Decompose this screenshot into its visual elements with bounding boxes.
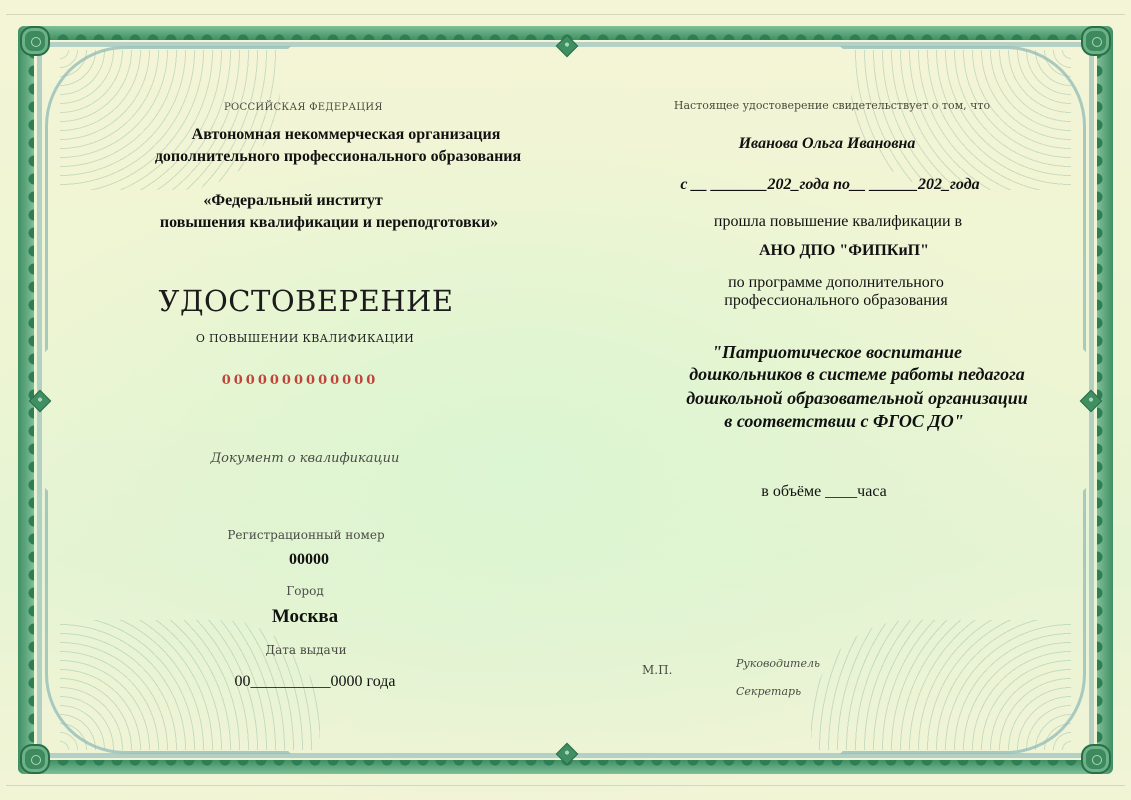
document-type-label: Документ о квалификации — [211, 451, 400, 466]
org-name-line1: Автономная некоммерческая организация — [192, 125, 501, 145]
corner-rosette-icon — [1081, 744, 1111, 774]
holder-name: Иванова Ольга Ивановна — [739, 135, 916, 153]
program-title-line1: "Патриотическое воспитание — [712, 342, 962, 363]
corner-rosette-icon — [20, 26, 50, 56]
program-title-line4: в соответствии с ФГОС ДО" — [724, 411, 963, 432]
issue-date-label: Дата выдачи — [265, 643, 346, 657]
director-signature-label: Руководитель — [736, 657, 820, 670]
corner-rosette-icon — [20, 744, 50, 774]
completed-text: прошла повышение квалификации в — [714, 213, 962, 231]
program-title-line3: дошкольной образовательной организации — [686, 388, 1028, 409]
certifies-text: Настоящее удостоверение свидетельствует … — [674, 99, 990, 112]
institute-name-line1: «Федеральный институт — [203, 191, 382, 211]
org-name-line2: дополнительного профессионального образо… — [155, 147, 521, 167]
guilloche-pattern — [811, 620, 1071, 750]
guilloche-pattern — [851, 50, 1071, 190]
institute-name-line2: повышения квалификации и переподготовки» — [160, 213, 498, 233]
guilloche-pattern — [60, 50, 280, 190]
reg-number-label: Регистрационный номер — [227, 528, 384, 542]
document-title: УДОСТОВЕРЕНИЕ — [158, 284, 453, 318]
program-title-line2: дошкольников в системе работы педагога — [689, 364, 1025, 385]
certificate-spread: РОССИЙСКАЯ ФЕДЕРАЦИЯ Автономная некоммер… — [0, 0, 1131, 800]
city-value: Москва — [272, 606, 338, 628]
organization-short-name: АНО ДПО "ФИПКиП" — [759, 242, 929, 260]
study-period: с __ _______202_года по__ ______202_года — [680, 176, 979, 194]
corner-rosette-icon — [1081, 26, 1111, 56]
program-intro-line2: профессионального образования — [724, 292, 947, 310]
program-intro-line1: по программе дополнительного — [728, 274, 944, 292]
swirl-ornament — [840, 488, 1086, 754]
country-label: РОССИЙСКАЯ ФЕДЕРАЦИЯ — [224, 102, 383, 113]
hours-text: в объёме ____часа — [761, 483, 886, 501]
secretary-signature-label: Секретарь — [736, 685, 801, 698]
city-label: Город — [286, 584, 323, 598]
issue-date-value: 00__________0000 года — [235, 673, 396, 691]
serial-number: 0000000000000 — [222, 373, 379, 388]
document-subtitle: О ПОВЫШЕНИИ КВАЛИФИКАЦИИ — [196, 332, 414, 345]
stamp-label: М.П. — [642, 663, 672, 677]
reg-number-value: 00000 — [289, 551, 329, 569]
